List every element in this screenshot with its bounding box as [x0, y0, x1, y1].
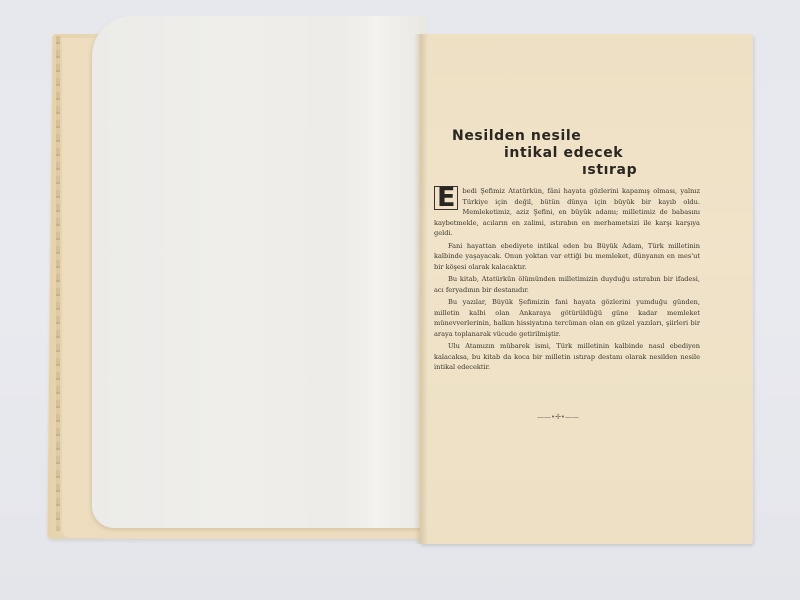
gutter-shadow	[414, 34, 428, 544]
paragraph-4: Bu yazılar, Büyük Şefimizin fani hayata …	[434, 297, 700, 339]
paragraph-1-text: bedi Şefimiz Atatürkün, fâni hayata gözl…	[434, 187, 700, 237]
open-booklet: Nesilden nesile intikal edecek ıstırap E…	[0, 0, 800, 600]
title-line-2: intikal edecek	[452, 145, 712, 162]
page-title: Nesilden nesile intikal edecek ıstırap	[452, 128, 712, 179]
blank-flyleaf-page	[92, 16, 427, 528]
paragraph-3: Bu kitab, Atatürkün ölümünden milletimiz…	[434, 274, 700, 295]
body-text: E bedi Şefimiz Atatürkün, fâni hayata gö…	[434, 186, 700, 375]
worn-spine-edge	[56, 36, 60, 531]
ornament-divider-icon: ——•✢•——	[528, 414, 588, 420]
paragraph-1: E bedi Şefimiz Atatürkün, fâni hayata gö…	[434, 186, 700, 239]
paragraph-2: Fani hayattan ebediyete intikal eden bu …	[434, 241, 700, 273]
dropcap-letter: E	[434, 186, 458, 210]
paragraph-5: Ulu Atamızın mübarek ismi, Türk milletin…	[434, 341, 700, 373]
title-line-1: Nesilden nesile	[452, 128, 712, 145]
title-line-3: ıstırap	[452, 162, 712, 179]
